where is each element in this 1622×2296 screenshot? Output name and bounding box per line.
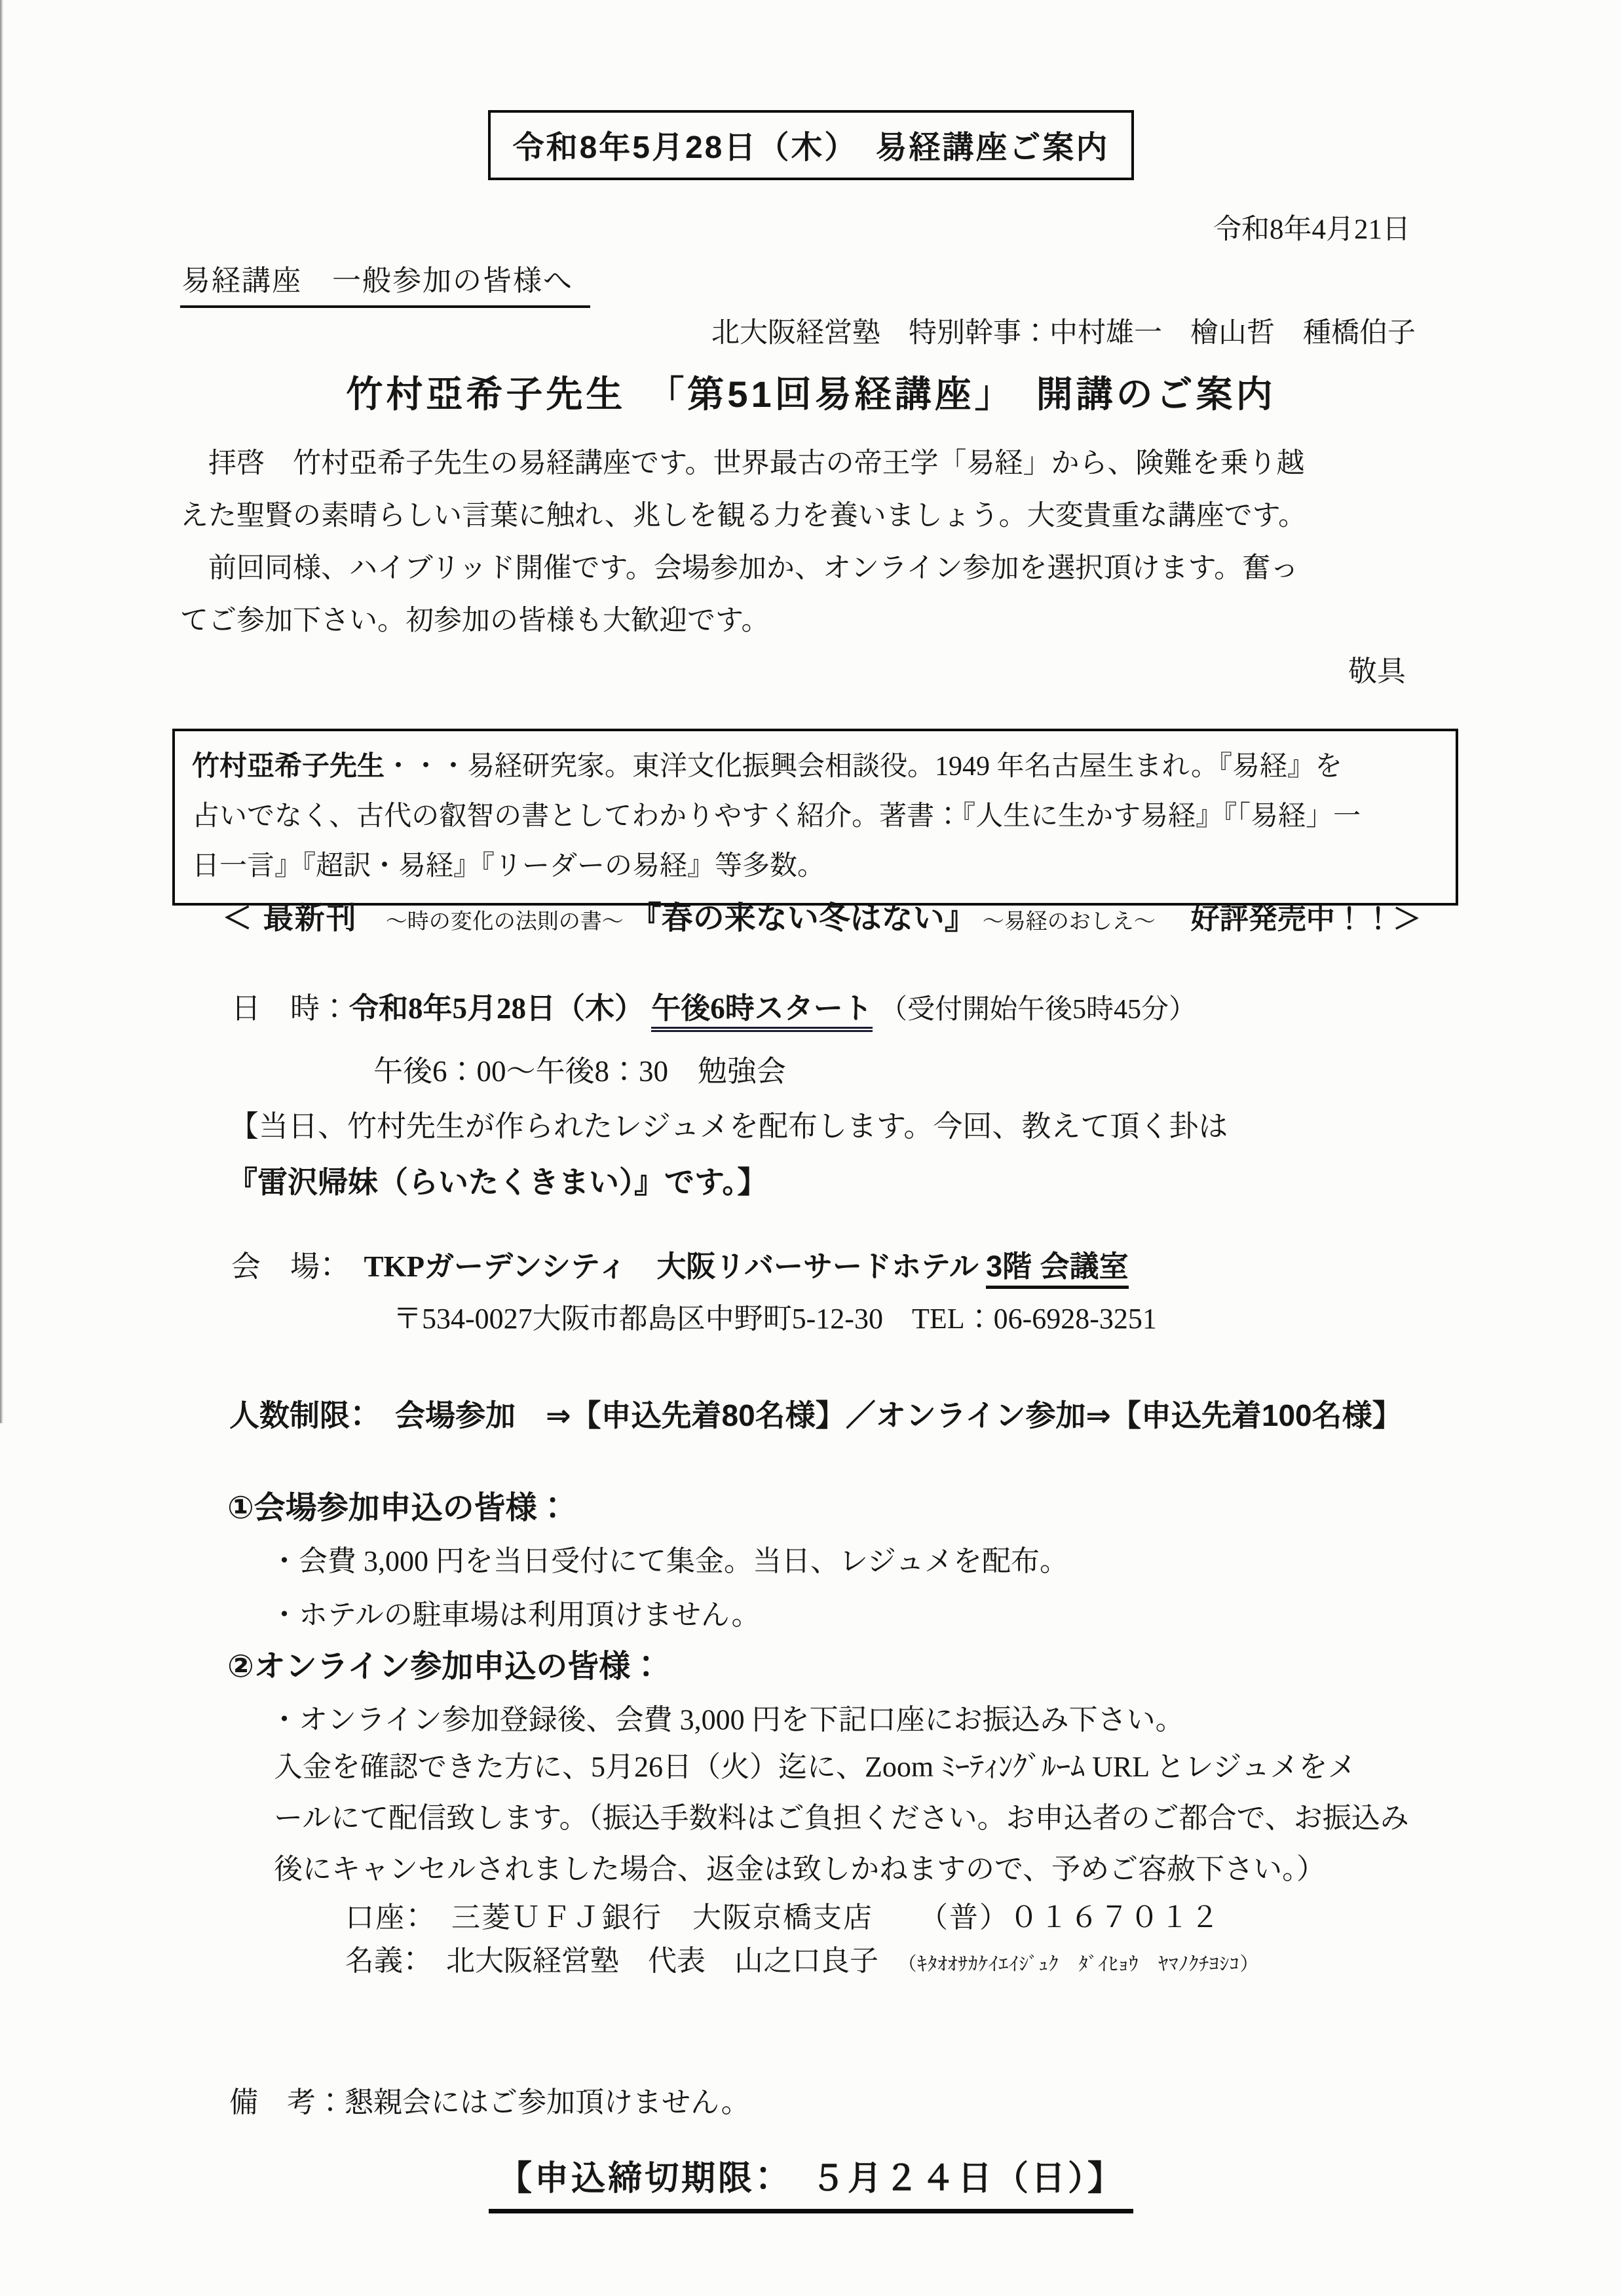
- application-deadline-underlined: 【申込締切期限： ５月２４日（日）】: [489, 2151, 1133, 2213]
- bio-line: 竹村亞希子先生・・・易経研究家。東洋文化振興会相談役。1949 年名古屋生まれ。…: [192, 742, 1439, 792]
- new-book-open: ＜ 最新刊: [222, 901, 358, 935]
- new-book-tagline2: ～易経のおしえ～: [983, 910, 1156, 934]
- onsite-item-fee: ・会費 3,000 円を当日受付にて集金。当日、レジュメを配布。: [180, 1537, 1462, 1579]
- deadline-row: 【申込締切期限： ５月２４日（日）】: [0, 2151, 1622, 2213]
- greeting-line: てご参加下さい。初参加の皆様も大歓迎です。: [180, 595, 1462, 647]
- online-section-heading: ②オンライン参加申込の皆様：: [180, 1641, 1462, 1686]
- new-book-close: 好評発売中！！＞: [1162, 903, 1422, 935]
- datetime-label: 日 時：: [231, 992, 349, 1025]
- capacity-line: 人数制限： 会場参加 ⇒【申込先着80名様】／オンライン参加⇒【申込先着100名…: [180, 1392, 1462, 1435]
- handout-note-line1: 【当日、竹村先生が作られたレジュメを配布します。今回、教えて頂く卦は: [180, 1102, 1462, 1145]
- account-holder-line: 名義： 北大阪経営塾 代表 山之口良子 （ｷﾀｵｵｻｶｹｲｴｲｼﾞｭｸ ﾀﾞｲﾋ…: [180, 1937, 1462, 1979]
- venue-address: 〒534-0027大阪市都島区中野町5-12-30 TEL：06-6928-32…: [180, 1295, 1462, 1337]
- online-note-line3: 後にキャンセルされました場合、返金は致しかねますので、予めご容赦下さい。）: [180, 1845, 1462, 1887]
- bank-account-line: 口座： 三菱ＵＦＪ銀行 大阪京橋支店 （普）０１６７０１２: [180, 1894, 1462, 1936]
- venue-line: 会 場： TKPガーデンシティ 大阪リバーサードホテル 3階 会議室: [180, 1242, 1462, 1285]
- scanned-announcement-page: 令和8年5月28日（木） 易経講座ご案内 令和8年4月21日 易経講座 一般参加…: [0, 0, 1622, 2296]
- document-header-box-title: 令和8年5月28日（木） 易経講座ご案内: [488, 110, 1135, 180]
- header-box-row: 令和8年5月28日（木） 易経講座ご案内: [0, 110, 1622, 180]
- bio-line: 日一言』『超訳・易経』『リーダーの易経』等多数。: [192, 841, 1439, 891]
- greeting-line: 前回同様、ハイブリッド開催です。会場参加か、オンライン参加を選択頂けます。奮っ: [180, 543, 1462, 595]
- online-note-line2: ールにて配信致します。（振込手数料はご負担ください。お申込者のご都合で、お振込み: [180, 1794, 1462, 1836]
- onsite-section-heading: ①会場参加申込の皆様：: [180, 1482, 1462, 1527]
- greeting-line: えた聖賢の素晴らしい言葉に触れ、兆しを観る力を養いましょう。大変貴重な講座です。: [180, 490, 1462, 543]
- lecturer-bio-box: 竹村亞希子先生・・・易経研究家。東洋文化振興会相談役。1949 年名古屋生まれ。…: [172, 729, 1458, 906]
- new-book-title: 『春の来ない冬はない』: [630, 901, 976, 936]
- salutation-underlined: 易経講座 一般参加の皆様へ: [180, 257, 590, 308]
- online-item-register: ・オンライン参加登録後、会費 3,000 円を下記口座にお振込み下さい。: [180, 1696, 1462, 1738]
- organizer-line: 北大阪経営塾 特別幹事：中村雄一 檜山哲 種橋伯子: [180, 311, 1462, 351]
- venue-label: 会 場：: [231, 1250, 364, 1283]
- closing-keigu: 敬具: [180, 647, 1462, 689]
- onsite-item-parking: ・ホテルの駐車場は利用頂けません。: [180, 1591, 1462, 1633]
- online-note-line1: 入金を確認できた方に、5月26日（火）迄に、Zoom ﾐｰﾃｨﾝｸﾞﾙｰﾑ UR…: [180, 1743, 1462, 1785]
- new-book-tagline1: ～時の変化の法則の書～: [364, 910, 624, 934]
- venue-name: TKPガーデンシティ 大阪リバーサードホテル: [364, 1250, 979, 1283]
- account-holder-kana: （ｷﾀｵｵｻｶｹｲｴｲｼﾞｭｸ ﾀﾞｲﾋｮｳ ﾔﾏﾉｸﾁﾖｼｺ）: [907, 1954, 1260, 1975]
- lecturer-name: 竹村亞希子先生: [192, 752, 385, 782]
- bio-line-rest: ・・・易経研究家。東洋文化振興会相談役。1949 年名古屋生まれ。『易経』を: [385, 752, 1342, 782]
- salutation-row: 易経講座 一般参加の皆様へ: [180, 257, 1462, 308]
- venue-room-underlined: 3階 会議室: [986, 1250, 1129, 1289]
- remarks-line: 備 考：懇親会にはご参加頂けません。: [180, 2078, 1462, 2120]
- greeting-line: 拝啓 竹村亞希子先生の易経講座です。世界最古の帝王学「易経」から、険難を乗り越: [180, 438, 1462, 490]
- main-title: 竹村亞希子先生 「第51回易経講座」 開講のご案内: [0, 366, 1622, 418]
- datetime-reception: （受付開始午後5時45分）: [880, 995, 1196, 1025]
- datetime-line: 日 時：令和8年5月28日（木） 午後6時スタート （受付開始午後5時45分）: [180, 984, 1462, 1027]
- datetime-date: 令和8年5月28日（木）: [349, 992, 644, 1025]
- issue-date: 令和8年4月21日: [180, 207, 1462, 247]
- new-book-line: ＜ 最新刊 ～時の変化の法則の書～ 『春の来ない冬はない』 ～易経のおしえ～ 好…: [180, 892, 1462, 938]
- greeting-paragraph: 拝啓 竹村亞希子先生の易経講座です。世界最古の帝王学「易経」から、険難を乗り越 …: [180, 438, 1462, 647]
- bio-line: 占いでなく、古代の叡智の書としてわかりやすく紹介。著書：『人生に生かす易経』『「…: [192, 792, 1439, 841]
- handout-note-line2: 『雷沢帰妹（らいたくきまい）』です。】: [180, 1158, 1462, 1202]
- time-range-line: 午後6：00～午後8：30 勉強会: [180, 1047, 1462, 1090]
- account-holder-name: 名義： 北大阪経営塾 代表 山之口良子: [345, 1945, 907, 1977]
- datetime-start-underlined: 午後6時スタート: [651, 992, 873, 1032]
